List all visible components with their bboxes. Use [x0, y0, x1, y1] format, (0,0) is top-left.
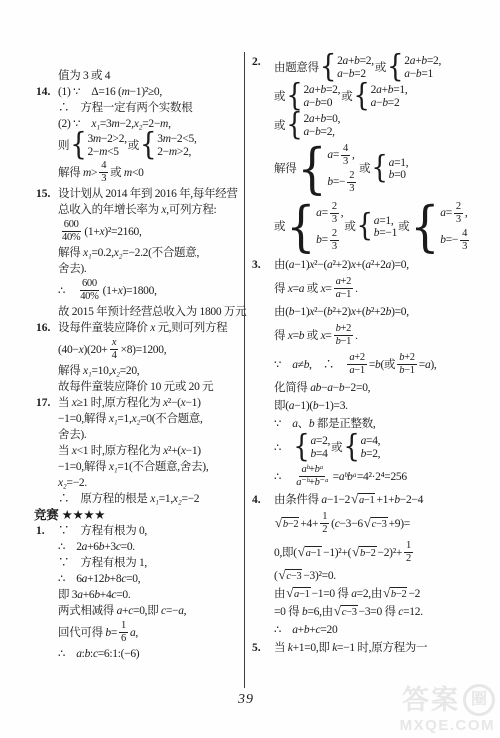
equation-row: 2−m<5: [87, 146, 118, 159]
math-text: 或: [331, 440, 342, 456]
fraction-denominator: 3: [454, 214, 463, 226]
math-text: 得 x=a 或 x=: [274, 281, 332, 297]
math-text: 解得 m>: [58, 165, 97, 181]
math-text: b=0: [389, 169, 406, 182]
equation-row: 2a+b=2,: [404, 55, 441, 68]
solution-line: 解得 x₁=10,x₂=20,: [58, 363, 244, 379]
math-text: 2a+b=1,: [371, 84, 408, 97]
radical-icon: √: [279, 569, 286, 581]
equation-system-rows: a=1,b=−1: [374, 215, 397, 240]
math-text: 0,即(: [274, 545, 297, 561]
brace-glyph: {: [410, 203, 439, 252]
fraction: a+2a−1: [347, 352, 367, 377]
fraction: 43: [99, 160, 108, 185]
math-text: 3m−2>2,: [87, 133, 126, 146]
brace-glyph: {: [286, 83, 302, 111]
section-heading: 竞赛 ★★★★: [34, 507, 244, 523]
square-root: √c−3: [364, 517, 388, 531]
solution-line: (√c−3−3)²=0.: [274, 568, 486, 584]
fraction-numerator: 4: [460, 228, 469, 241]
equation-row: 2a+b=1,: [371, 84, 408, 97]
solution-line: 回代可得 b=16a,: [58, 619, 244, 646]
radicand: a−1: [358, 493, 376, 507]
math-text: 或: [398, 219, 409, 235]
math-text: −1=0,解得 x₁=1,x₂=0(不合题意,: [58, 411, 203, 427]
math-text: −1=0,解得 x₁=1(不合题意,舍去),: [58, 459, 208, 475]
equation-row: a−b=2: [371, 97, 400, 110]
equation-system: {2a+b=0,a−b=2,: [286, 113, 340, 138]
solution-line: 舍去).: [58, 427, 244, 443]
solution-line: 即(a−1)(b−1)=3.: [274, 398, 486, 414]
math-text: 2a+b=2,: [404, 55, 441, 68]
math-text: 故 2015 年预计经营总收入为 1800 万元: [58, 304, 246, 320]
math-text: 即(a−1)(b−1)=3.: [274, 398, 348, 414]
math-text: 由: [274, 586, 285, 602]
math-text: .: [355, 281, 358, 297]
math-text: (c−3−6: [331, 516, 363, 532]
math-text: −1=0 得 a=2,由: [312, 586, 383, 602]
math-text: a=1,: [374, 215, 394, 228]
math-text: 总收入的年增长率为 x,可列方程:: [58, 202, 216, 218]
math-text: 解得 x₁=10,x₂=20,: [58, 363, 139, 379]
math-text: 化简得 ab−a−b−2=0,: [274, 380, 370, 396]
equation-row: 2a+b=2,: [337, 55, 374, 68]
radical-icon: √: [334, 605, 341, 617]
column-divider: [244, 52, 245, 688]
equation-system-rows: 3m−2>2,2−m<5: [87, 133, 126, 158]
solution-line: ∵ a≠b, ∴ a+2a−1=b(或b+2b−1=a),: [274, 351, 486, 378]
math-text: ∴: [58, 283, 76, 299]
math-text: 或: [341, 89, 352, 105]
fraction-numerator: aᵇ+bᵃ: [299, 464, 325, 477]
fraction-numerator: 1: [119, 620, 128, 633]
math-text: (1+x)²=2160,: [84, 224, 141, 240]
solution-line: 得 x=a 或 x=a+2a−1.: [274, 275, 486, 302]
fraction: aᵇ+bᵃa⁻ᵇ+b⁻ᵃ: [294, 464, 330, 489]
math-text: (1) ∵ Δ=16 (m−1)²≥0,: [58, 84, 162, 100]
math-text: 舍去).: [58, 427, 87, 443]
math-text: ∴ 6a+12b+8c=0,: [58, 571, 140, 587]
fraction-numerator: 1: [320, 511, 329, 524]
equation-system: {a=23,b=23: [286, 200, 343, 254]
solution-line: 或{2a+b=0,a−b=2,: [274, 112, 486, 139]
watermark-circled-char: 圈: [463, 684, 495, 716]
math-text: ∴ a+b+c=20: [274, 622, 337, 638]
radicand: b−2: [282, 517, 300, 531]
fraction: 23: [347, 170, 356, 195]
math-text: −3=0 得 c=12.: [359, 604, 423, 620]
equation-row: a=2,: [310, 435, 330, 448]
math-text: a−b=0: [303, 97, 332, 110]
equation-row: a=1,: [374, 215, 394, 228]
math-text: ×8)=1200,: [121, 342, 167, 358]
math-text: 2a+b=2,: [337, 55, 374, 68]
problem-number: 1.: [36, 523, 45, 539]
solution-line: 总收入的年增长率为 x,可列方程:: [58, 202, 244, 218]
right-column: 2.由题意得{2a+b=2,a−b=2 或{2a+b=2,a−b=1或{2a+b…: [274, 52, 486, 658]
fraction-denominator: 40%: [60, 232, 82, 244]
watermark: 答案圈 MXQE.COM: [400, 684, 495, 734]
page-number: 39: [238, 692, 254, 708]
radicand: c−3: [371, 517, 388, 531]
brace-glyph: {: [70, 132, 86, 160]
solution-line: 故每件童装应降价 10 元或 20 元: [58, 379, 244, 395]
math-text: +9)=: [389, 516, 410, 532]
math-text: ∴ 方程一定有两个实数根: [58, 100, 192, 116]
fraction-numerator: 2: [330, 201, 339, 214]
fraction: 43: [341, 143, 350, 168]
math-text: a−b=1: [404, 68, 433, 81]
equation-row: b=0: [389, 169, 406, 182]
math-text: 或: [274, 89, 285, 105]
math-text: 由(a−1)x²−(a²+2)x+(a²+2a)=0,: [274, 257, 409, 273]
radical-icon: √: [351, 493, 358, 505]
problem-number: 15.: [36, 186, 50, 202]
fraction-denominator: b−1: [334, 336, 354, 348]
equation-row: a=4,: [361, 435, 381, 448]
equation-system-rows: 2a+b=2,a−b=1: [404, 55, 441, 80]
equation-system-rows: 2a+b=1,a−b=2: [371, 84, 408, 109]
solution-line: 两式相减得 a+c=0,即 c=−a,: [58, 603, 244, 619]
square-root: √c−3: [334, 605, 358, 619]
math-text: 或: [274, 219, 285, 235]
fraction-denominator: a⁻ᵇ+b⁻ᵃ: [294, 477, 330, 489]
math-text: 即 3a+6b+4c=0.: [58, 587, 130, 603]
solution-line: −1=0,解得 x₁=1,x₂=0(不合题意,: [58, 411, 244, 427]
math-text: 解得: [274, 161, 296, 177]
equation-system-rows: a=23,b=23: [316, 200, 343, 254]
radicand: a−1: [305, 546, 323, 560]
math-text: −2)²+: [378, 545, 403, 561]
solution-line: ∴ {a=2,b=4 或{a=4,b=2,: [274, 434, 486, 461]
solution-line: 1.∵ 方程有根为 0,: [58, 523, 244, 539]
math-text: 当 k+1=0,即 k=−1 时,原方程为一: [274, 640, 427, 656]
radicand: b−2: [390, 587, 408, 601]
equation-system-rows: a=4,b=2,: [361, 435, 381, 460]
fraction: a+2a−1: [334, 276, 354, 301]
problem-number: 4.: [252, 492, 261, 508]
fraction-numerator: 600: [62, 219, 81, 232]
math-text: (40−x)(20+: [58, 342, 108, 358]
brace-glyph: {: [286, 203, 315, 252]
equation-system: {a=1,b=0: [371, 157, 408, 182]
solution-line: 即 3a+6b+4c=0.: [58, 587, 244, 603]
math-text: 2a+b=0,: [303, 113, 340, 126]
fraction-denominator: 2: [404, 553, 413, 565]
math-text: a=2,: [310, 435, 330, 448]
fraction-denominator: 2: [320, 524, 329, 536]
math-text: −2: [408, 586, 420, 602]
square-root: √b−2: [383, 587, 407, 601]
math-text: 回代可得 b=: [58, 625, 117, 641]
equation-system: {2a+b=2,a−b=2: [320, 55, 374, 80]
math-text: 当 x<1 时,原方程化为 x²+(x−1): [58, 443, 201, 459]
math-text: 两式相减得 a+c=0,即 c=−a,: [58, 603, 186, 619]
math-text: ∵ a、b 都是正整数,: [274, 416, 375, 432]
math-text: ∴ a:b:c=6:1:(−6): [58, 646, 139, 662]
fraction-numerator: b+2: [334, 323, 354, 336]
math-text: .: [355, 328, 358, 344]
fraction: 16: [119, 620, 128, 645]
fraction-denominator: 3: [330, 214, 339, 226]
radicand: b−2: [359, 546, 377, 560]
math-text: a=: [327, 149, 339, 162]
equation-row: b=2,: [361, 448, 381, 461]
equation-system: {2a+b=1,a−b=2: [353, 84, 407, 109]
equation-row: b=23: [316, 227, 341, 254]
square-root: √a−1: [298, 546, 322, 560]
fraction-denominator: 3: [330, 241, 339, 253]
math-text: 由题意得: [274, 60, 319, 76]
math-text: a=: [316, 207, 328, 220]
equation-row: b=4: [310, 448, 327, 461]
solution-line: 解得{a=43,b=−23 或{a=1,b=0: [274, 141, 486, 197]
fraction: 12: [404, 540, 413, 565]
math-text: 由条件得 a−1−2: [274, 492, 350, 508]
equation-row: a=1,: [389, 157, 409, 170]
fraction: b+2b−1: [334, 323, 354, 348]
math-text: 或: [128, 138, 139, 154]
solution-line: 舍去).: [58, 261, 244, 277]
math-text: b=: [316, 234, 328, 247]
solution-line: 解得 m>43或 m<0: [58, 159, 244, 186]
brace-glyph: {: [353, 83, 369, 111]
equation-row: 2a+b=0,: [303, 113, 340, 126]
problem-number: 2.: [252, 54, 261, 70]
solution-line: ∴ 2a+6b+3c=0.: [58, 539, 244, 555]
fraction: 60040%: [78, 278, 100, 303]
equation-row: a−b=0: [303, 97, 332, 110]
math-text: 或: [274, 118, 285, 134]
problem-number: 14.: [36, 84, 50, 100]
fraction: 23: [454, 201, 463, 226]
fraction-numerator: a+2: [334, 276, 354, 289]
equation-system-rows: 2a+b=2,a−b=2: [337, 55, 374, 80]
fraction-numerator: 2: [347, 170, 356, 183]
fraction-numerator: 4: [341, 143, 350, 156]
left-column: 值为 3 或 414.(1) ∵ Δ=16 (m−1)²≥0,∴ 方程一定有两个…: [58, 68, 244, 662]
equation-system-rows: a=2,b=4: [310, 435, 330, 460]
solution-line: 由√a−1−1=0 得 a=2,由√b−2−2: [274, 586, 486, 602]
math-text: ∵ 方程有根为 1,: [58, 555, 147, 571]
textbook-answer-page: 值为 3 或 414.(1) ∵ Δ=16 (m−1)²≥0,∴ 方程一定有两个…: [0, 0, 500, 738]
equation-system-rows: 3m−2<5,2−m>2,: [157, 133, 196, 158]
fraction-denominator: 3: [341, 156, 350, 168]
math-text: b=−1: [374, 227, 397, 240]
equation-system-rows: a=23,b=−43: [440, 200, 471, 254]
math-text: +1+b−2−4: [376, 492, 423, 508]
math-text: b=−: [440, 234, 458, 247]
watermark-brand: 答案圈: [400, 684, 495, 716]
equation-row: b=−1: [374, 227, 397, 240]
solution-line: ∴ 6a+12b+8c=0,: [58, 571, 244, 587]
solution-line: ∴ aᵇ+bᵃa⁻ᵇ+b⁻ᵃ=aᵇbᵃ=4²·2⁴=256: [274, 463, 486, 490]
math-text: a=1,: [389, 157, 409, 170]
math-text: +4+: [300, 516, 318, 532]
math-text: (1+x)=1800,: [103, 283, 157, 299]
math-text: ∵ a≠b, ∴: [274, 357, 345, 373]
solution-line: x₂=−2.: [58, 475, 244, 491]
equation-row: 2a+b=2,: [303, 84, 340, 97]
brace-glyph: {: [371, 155, 387, 183]
solution-line: 故 2015 年预计经营总收入为 1800 万元: [58, 304, 244, 320]
equation-system: {2a+b=2,a−b=0: [286, 84, 340, 109]
equation-system: {3m−2>2,2−m<5: [70, 133, 127, 158]
math-text: a−b=2: [371, 97, 400, 110]
solution-line: 解得 x₁=0.2,x₂=−2.2(不合题意,: [58, 245, 244, 261]
fraction: 23: [330, 228, 339, 253]
math-text: b=−: [327, 176, 345, 189]
math-text: b=2,: [361, 448, 381, 461]
equation-row: b=−43: [440, 227, 471, 254]
math-text: −3)²=0.: [303, 568, 336, 584]
fraction: b+2b−1: [397, 352, 417, 377]
fraction: 23: [330, 201, 339, 226]
problem-number: 17.: [36, 395, 50, 411]
solution-line: 则{3m−2>2,2−m<5 或{3m−2<5,2−m>2,: [58, 132, 244, 159]
radical-icon: √: [352, 546, 359, 558]
fraction-denominator: 6: [119, 633, 128, 645]
equation-system: {a=23,b=−43: [410, 200, 471, 254]
watermark-brand-text: 答案: [402, 686, 460, 714]
fraction-numerator: 2: [330, 228, 339, 241]
equation-system: {a=2,b=4: [293, 435, 330, 460]
solution-line: 17.当 x≥1 时,原方程化为 x²−(x−1): [58, 395, 244, 411]
radicand: a−1: [293, 587, 311, 601]
equation-row: 2−m>2,: [157, 146, 191, 159]
solution-line: ∴ 方程一定有两个实数根: [58, 100, 244, 116]
solution-line: ∴ 60040%(1+x)=1800,: [58, 277, 244, 304]
solution-line: 或{a=23,b=23 或{a=1,b=−1或{a=23,b=−43: [274, 199, 486, 255]
math-text: ∴: [274, 440, 292, 456]
watermark-site: MXQE.COM: [400, 717, 495, 734]
math-text: x₂=−2.: [58, 475, 87, 491]
fraction: x4: [110, 337, 119, 362]
fraction: 12: [320, 511, 329, 536]
fraction-denominator: a−1: [334, 289, 354, 301]
math-text: ∴ 原方程的根是 x₁=1,x₂=−2: [58, 491, 199, 507]
problem-number: 3.: [252, 257, 261, 273]
fraction-denominator: 40%: [78, 291, 100, 303]
math-text: 得 x=b 或 x=: [274, 328, 332, 344]
math-text: 由(b−1)x²−(b²+2)x+(b²+2b)=0,: [274, 304, 409, 320]
math-text: −1)²+(: [323, 545, 351, 561]
solution-line: 当 x<1 时,原方程化为 x²+(x−1): [58, 443, 244, 459]
fraction-numerator: 600: [80, 278, 99, 291]
math-text: 或: [375, 60, 386, 76]
equation-row: a=23,: [316, 200, 343, 227]
math-text: ∴ 2a+6b+3c=0.: [58, 539, 135, 555]
equation-row: 3m−2>2,: [87, 133, 126, 146]
math-text: 设每件童装应降价 x 元,则可列方程: [58, 320, 227, 336]
math-text: =a),: [419, 357, 437, 373]
brace-glyph: {: [357, 213, 373, 241]
fraction-numerator: 4: [99, 160, 108, 173]
square-root: √b−2: [275, 517, 299, 531]
solution-line: −1=0,解得 x₁=1(不合题意,舍去),: [58, 459, 244, 475]
equation-system-rows: 2a+b=2,a−b=0: [303, 84, 340, 109]
fraction-denominator: 3: [347, 183, 356, 195]
fraction-denominator: 3: [460, 241, 469, 253]
math-text: 故每件童装应降价 10 元或 20 元: [58, 379, 213, 395]
math-text: =aᵇbᵃ=4²·2⁴=256: [333, 469, 407, 485]
solution-line: 15.设计划从 2014 年到 2016 年,每年经营: [58, 186, 244, 202]
fraction: 60040%: [60, 219, 82, 244]
math-text: a=4,: [361, 435, 381, 448]
math-text: 舍去).: [58, 261, 87, 277]
math-text: b=4: [310, 448, 327, 461]
fraction: 43: [460, 228, 469, 253]
math-text: 或 m<0: [110, 165, 143, 181]
radical-icon: √: [275, 517, 282, 529]
solution-line: 14.(1) ∵ Δ=16 (m−1)²≥0,: [58, 84, 244, 100]
math-text: =0 得 b=6,由: [274, 604, 333, 620]
solution-line: =0 得 b=6,由√c−3−3=0 得 c=12.: [274, 604, 486, 620]
equation-row: b=−23: [327, 169, 358, 196]
square-root: √a−1: [351, 493, 375, 507]
math-text: ,: [341, 207, 344, 220]
fraction-denominator: b−1: [397, 365, 417, 377]
fraction-numerator: x: [110, 337, 118, 350]
math-text: 设计划从 2014 年到 2016 年,每年经营: [58, 186, 238, 202]
brace-glyph: {: [293, 434, 309, 462]
math-text: =b(或: [369, 357, 395, 373]
square-root: √a−1: [286, 587, 310, 601]
equation-system: {3m−2<5,2−m>2,: [140, 133, 197, 158]
solution-line: 得 x=b 或 x=b+2b−1.: [274, 322, 486, 349]
equation-row: a=43,: [327, 142, 354, 169]
equation-system: {a=43,b=−23: [297, 142, 358, 196]
solution-line: 由(b−1)x²−(b²+2)x+(b²+2b)=0,: [274, 304, 486, 320]
radicand: c−3: [341, 605, 358, 619]
solution-line: 2.由题意得{2a+b=2,a−b=2 或{2a+b=2,a−b=1: [274, 54, 486, 81]
math-text: 3m−2<5,: [157, 133, 196, 146]
math-text: ,: [465, 207, 468, 220]
problem-number: 5.: [252, 640, 261, 656]
solution-line: 16.设每件童装应降价 x 元,则可列方程: [58, 320, 244, 336]
problem-number: 16.: [36, 320, 50, 336]
math-text: ∴: [274, 469, 292, 485]
math-text: 或: [359, 161, 370, 177]
radicand: c−3: [285, 569, 302, 583]
brace-glyph: {: [297, 145, 326, 194]
brace-glyph: {: [387, 54, 403, 82]
math-text: ,: [352, 149, 355, 162]
solution-line: (40−x)(20+x4×8)=1200,: [58, 336, 244, 363]
solution-line: ∴ a:b:c=6:1:(−6): [58, 646, 244, 662]
brace-glyph: {: [140, 132, 156, 160]
solution-line: 5.当 k+1=0,即 k=−1 时,原方程为一: [274, 640, 486, 656]
square-root: √b−2: [352, 546, 376, 560]
equation-system-rows: a=43,b=−23: [327, 142, 358, 196]
solution-line: ∴ a+b+c=20: [274, 622, 486, 638]
solution-line: 60040%(1+x)²=2160,: [58, 218, 244, 245]
math-text: 解得 x₁=0.2,x₂=−2.2(不合题意,: [58, 245, 199, 261]
equation-system: {a=4,b=2,: [343, 435, 380, 460]
math-text: 或: [344, 219, 355, 235]
solution-line: ∵ 方程有根为 1,: [58, 555, 244, 571]
solution-line: 4.由条件得 a−1−2√a−1+1+b−2−4: [274, 492, 486, 508]
equation-system-rows: a=1,b=0: [389, 157, 409, 182]
solution-line: 化简得 ab−a−b−2=0,: [274, 380, 486, 396]
solution-line: 值为 3 或 4: [58, 68, 244, 84]
brace-glyph: {: [343, 434, 359, 462]
math-text: 2−m>2,: [157, 146, 191, 159]
math-text: (: [274, 568, 278, 584]
brace-glyph: {: [320, 54, 336, 82]
math-text: a,: [130, 625, 138, 641]
solution-line: ∴ 原方程的根是 x₁=1,x₂=−2: [58, 491, 244, 507]
